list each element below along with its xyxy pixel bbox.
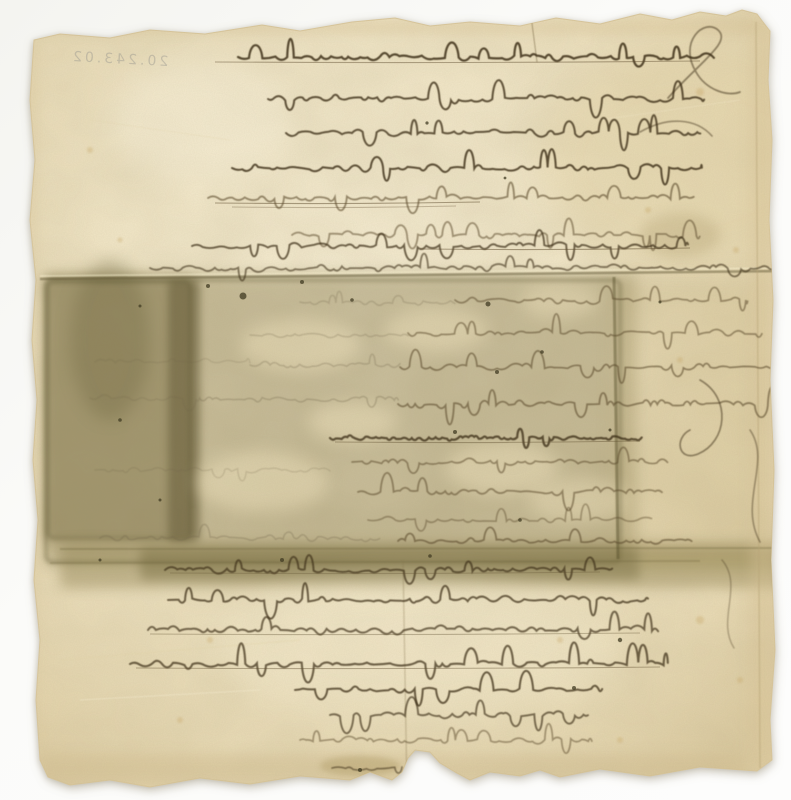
manuscript-scan-svg: 20.243.02 (0, 0, 791, 800)
paper-sheet: 20.243.02 (0, 0, 791, 800)
manuscript-scan: 20.243.02 (0, 0, 791, 800)
paper-grain (0, 0, 791, 800)
